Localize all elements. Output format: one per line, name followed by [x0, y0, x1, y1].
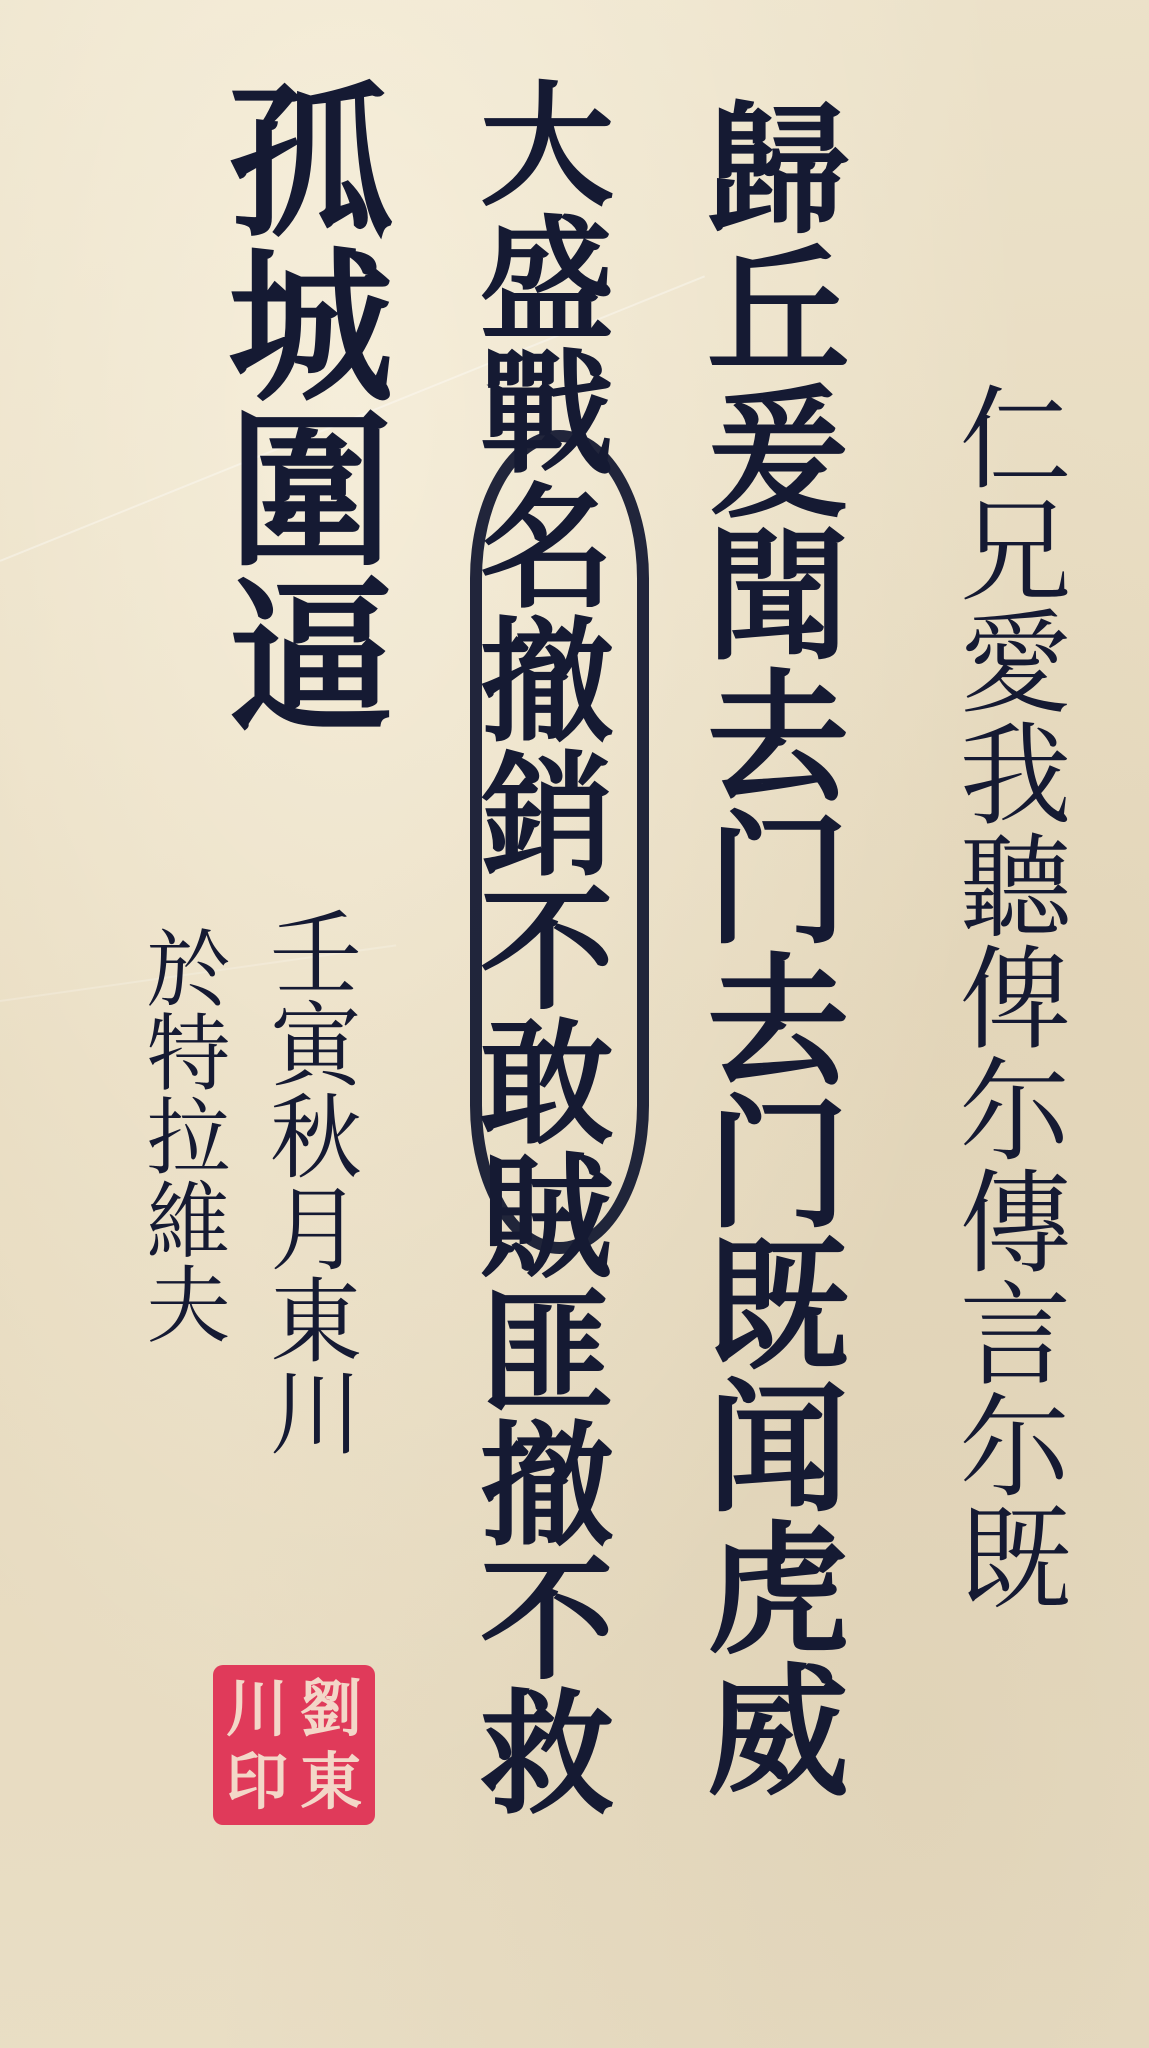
calligraphy-column-1: 仁兄愛我聽俾尓傳言尓既 [950, 380, 1062, 1880]
column-text: 仁兄愛我聽俾尓傳言尓既 [941, 380, 1071, 1612]
seal-char: 印 [221, 1746, 293, 1817]
inscription-place-column: 於特拉維夫 [140, 925, 224, 1405]
calligraphy-column-4: 孤城圍逼 [215, 75, 380, 775]
seal-char: 劉 [295, 1673, 367, 1744]
inscription-text: 壬寅秋月東川 [255, 905, 362, 1457]
calligraphy-column-3: 大盛戰名撤銷不敢賊匪撤不救 [470, 75, 604, 1955]
seal-char: 川 [221, 1673, 293, 1744]
column-text: 大盛戰名撤銷不敢賊匪撤不救 [458, 75, 616, 1817]
seal-char: 東 [295, 1746, 367, 1817]
column-text: 歸丘爰聞去门去门既闻虎威 [683, 95, 849, 1799]
red-artist-seal: 劉 東 川 印 [213, 1665, 375, 1825]
inscription-date-column: 壬寅秋月東川 [262, 905, 354, 1525]
inscription-text: 於特拉維夫 [133, 925, 231, 1345]
column-text: 孤城圍逼 [201, 75, 395, 735]
calligraphy-column-2: 歸丘爰聞去门去门既闻虎威 [695, 95, 837, 1945]
